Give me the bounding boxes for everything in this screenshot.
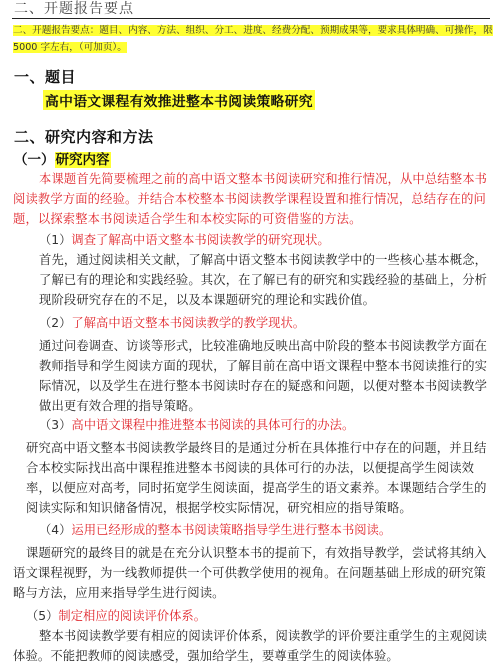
requirements-note-text: 二、开题报告要点：题目、内容、方法、组织、分工、进度、经费分配、预期成果等，要求… xyxy=(13,25,493,53)
item-5-title: 制定相应的阅读评价体系。 xyxy=(58,609,206,623)
item-3-heading: （3）高中语文课程中推进整本书阅读的具体可行的办法。 xyxy=(39,415,354,435)
section-label: 二、开题报告要点 xyxy=(14,0,134,18)
requirements-note: 二、开题报告要点：题目、内容、方法、组织、分工、进度、经费分配、预期成果等，要求… xyxy=(13,22,493,56)
item-1-body: 首先，通过阅读相关文献，了解高中语文整本书阅读教学中的一些核心基本概念，了解已有… xyxy=(39,250,489,310)
item-3-number: （3） xyxy=(39,418,71,432)
item-5-number: （5） xyxy=(26,609,58,623)
item-2-number: （2） xyxy=(39,316,71,330)
item-5-heading: （5）制定相应的阅读评价体系。 xyxy=(26,606,206,626)
item-2-heading: （2）了解高中语文整本书阅读教学的教学现状。 xyxy=(39,313,305,333)
document-page: 二、开题报告要点 二、开题报告要点：题目、内容、方法、组织、分工、进度、经费分配… xyxy=(0,0,500,665)
section-title-heading: 一、题目 xyxy=(14,66,76,87)
item-4-number: （4） xyxy=(39,523,71,537)
item-4-title: 运用已经形成的整本书阅读策略指导学生进行整本书阅读。 xyxy=(71,523,391,537)
item-4-heading: （4）运用已经形成的整本书阅读策略指导学生进行整本书阅读。 xyxy=(39,520,391,540)
item-2-title: 了解高中语文整本书阅读教学的教学现状。 xyxy=(71,316,305,330)
section-content-heading: 二、研究内容和方法 xyxy=(14,126,154,147)
item-2-body: 通过问卷调查、访谈等形式，比较准确地反映出高中阶段的整本书阅读教学方面在教师指导… xyxy=(39,336,489,416)
project-title: 高中语文课程有效推进整本书阅读策略研究 xyxy=(43,90,315,110)
subsection-prefix: （一） xyxy=(14,152,55,168)
item-3-body: 研究高中语文整本书阅读教学最终目的是通过分析在具体推行中存在的问题，并且结合本校… xyxy=(26,438,492,518)
item-1-title: 调查了解高中语文整本书阅读教学的研究现状。 xyxy=(71,233,329,247)
item-3-title: 高中语文课程中推进整本书阅读的具体可行的办法。 xyxy=(71,418,354,432)
intro-paragraph: 本课题首先简要梳理之前的高中语文整本书阅读研究和推行情况，从中总结整本书阅读教学… xyxy=(13,169,493,229)
item-5-body: 整本书阅读教学要有相应的阅读评价体系，阅读教学的评价要注重学生的主观阅读体验。不… xyxy=(13,626,493,665)
item-1-number: （1） xyxy=(39,233,71,247)
horizontal-rule xyxy=(12,18,490,19)
item-4-body: 课题研究的最终目的就是在充分认识整本书的提前下，有效指导教学，尝试将其纳入语文课… xyxy=(13,543,493,603)
subsection-heading: （一）研究内容 xyxy=(14,148,111,168)
item-1-heading: （1）调查了解高中语文整本书阅读教学的研究现状。 xyxy=(39,230,330,250)
subsection-label: 研究内容 xyxy=(55,152,111,168)
